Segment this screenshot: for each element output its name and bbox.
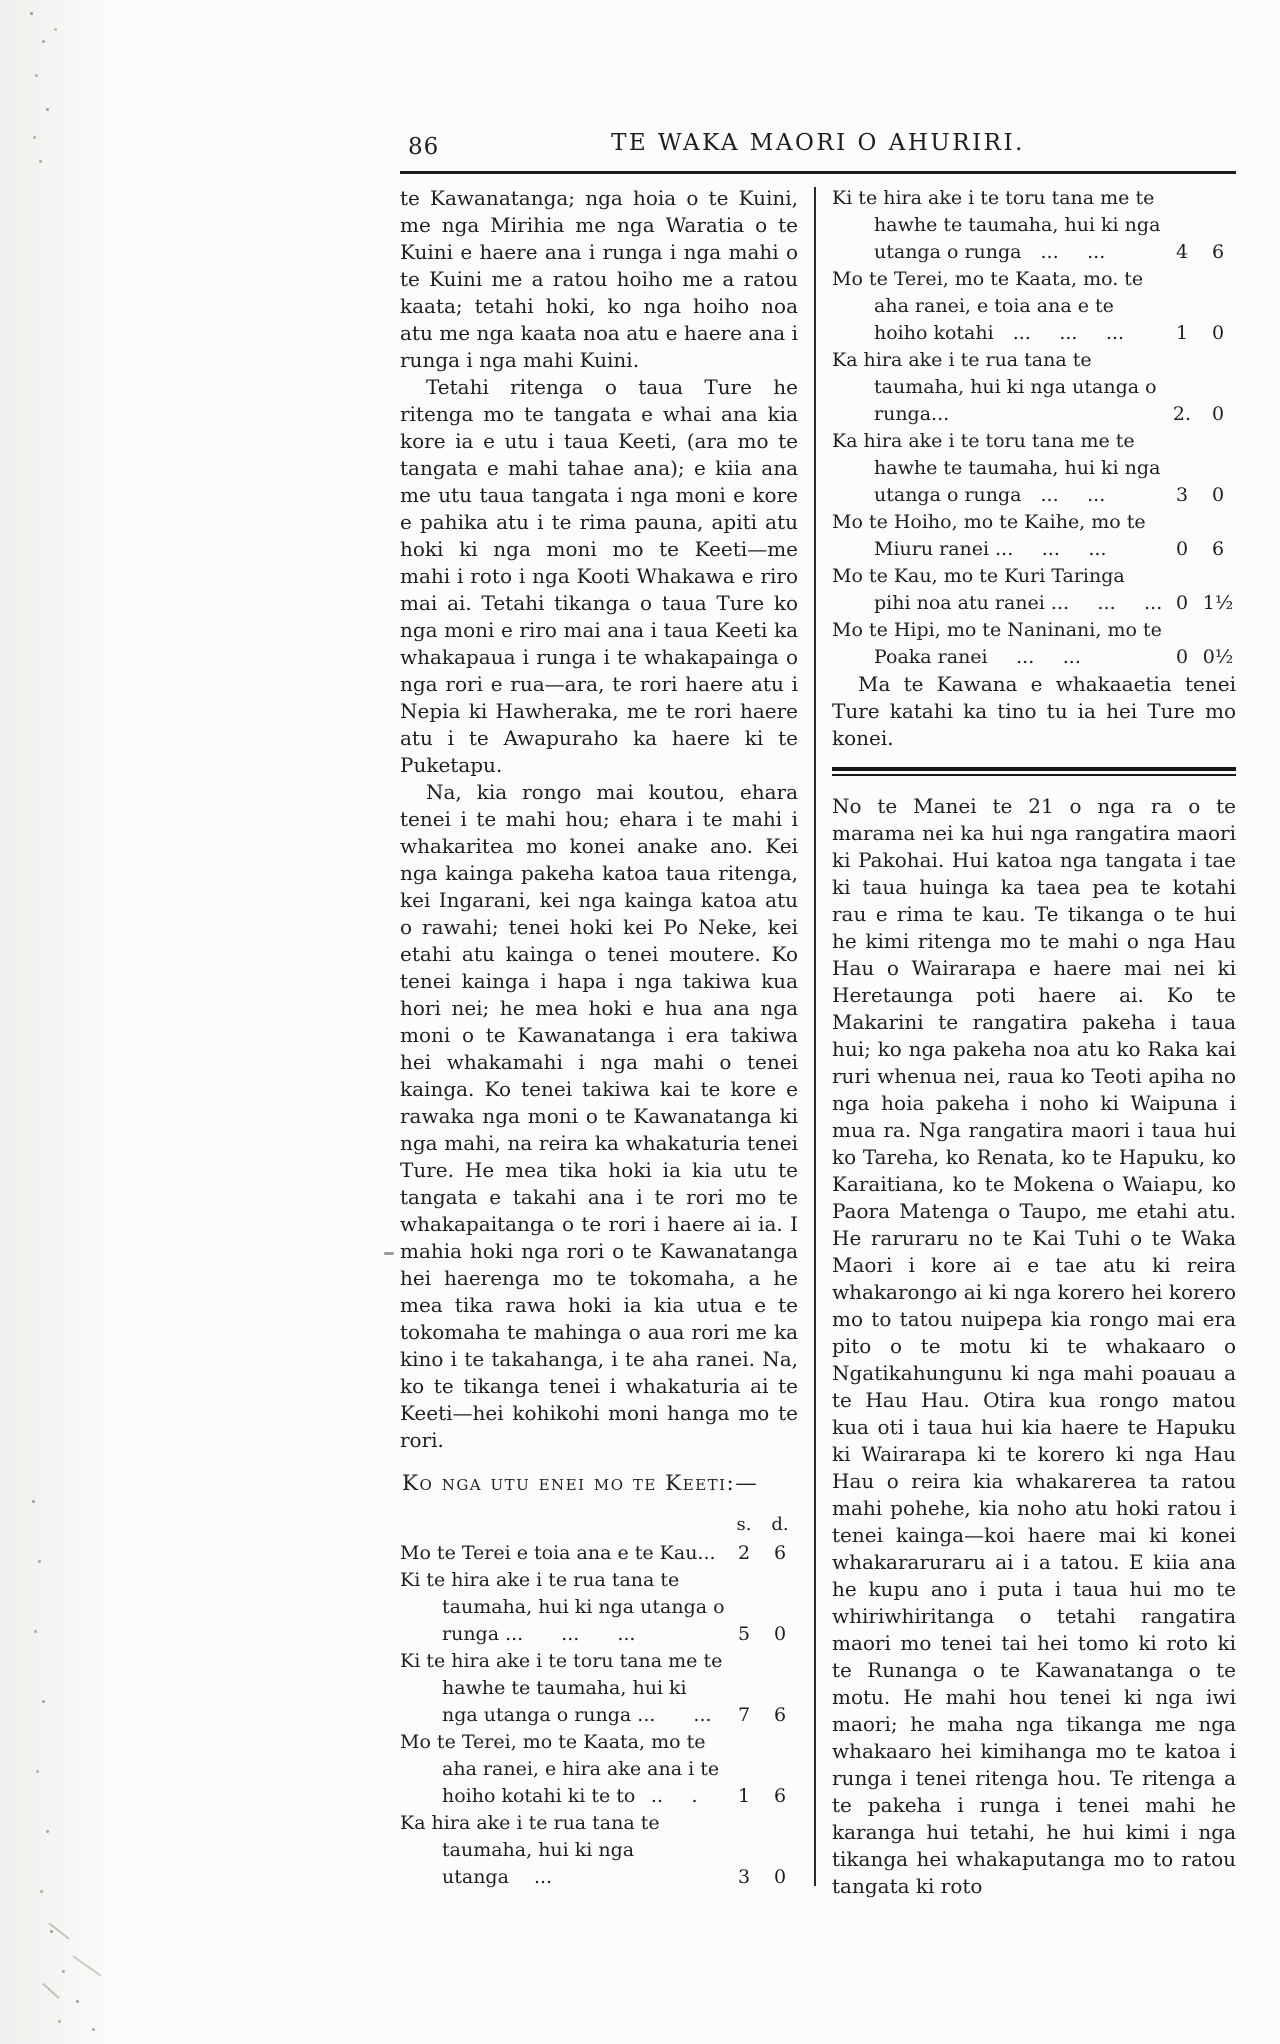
fee-description: Mo te Kau, mo te Kuri Taringa pihi noa a… [832, 563, 1164, 617]
right-column: Ki te hira ake i te toru tana me te hawh… [832, 185, 1236, 1901]
fee-pence-value: 0 [762, 1621, 798, 1648]
fee-pence-value: 6 [762, 1783, 798, 1810]
pencil-mark [42, 1983, 60, 1999]
pencil-mark [73, 1955, 102, 1976]
fee-pence-value: 0 [1200, 401, 1236, 428]
fee-shillings-value: 3 [1164, 482, 1200, 509]
section-divider-thick-line [832, 767, 1236, 772]
fee-description: Ki te hira ake i te toru tana me te hawh… [400, 1648, 726, 1729]
section-divider-thin-line [832, 774, 1236, 776]
fee-shillings-value: 0 [1164, 644, 1200, 671]
fee-pence-value: 6 [762, 1540, 798, 1567]
body-paragraph: te Kawanatanga; nga hoia o te Kuini, me … [400, 185, 798, 374]
section-divider-rule [832, 767, 1236, 777]
fee-table-row: Mo te Terei, mo te Kaata, mo. te aha ran… [832, 266, 1236, 347]
fee-description: Mo te Hoiho, mo te Kaihe, mo te Miuru ra… [832, 509, 1164, 563]
pence-header: d. [762, 1511, 798, 1538]
page-title: TE WAKA MAORI O AHURIRI. [400, 128, 1236, 156]
fee-shillings-value: 1 [726, 1783, 762, 1810]
fee-table-continued: Ki te hira ake i te toru tana me te hawh… [832, 185, 1236, 671]
fee-pence-value: 0 [1200, 482, 1236, 509]
scan-speckle-bottom-left [32, 1500, 35, 1503]
masthead: 86 TE WAKA MAORI O AHURIRI. [400, 128, 1236, 166]
fee-schedule-heading: Ko nga utu enei mo te Keeti:— [402, 1470, 798, 1497]
fee-shillings-value: 2. [1164, 401, 1200, 428]
page-content: 86 TE WAKA MAORI O AHURIRI. te Kawanatan… [400, 128, 1236, 1900]
fee-shillings-value: 1 [1164, 320, 1200, 347]
fee-pence-value: 6 [1200, 536, 1236, 563]
column-layout: te Kawanatanga; nga hoia o te Kuini, me … [400, 185, 1236, 1901]
fee-pence-value: 0 [1200, 320, 1236, 347]
fee-table-row: Ka hira ake i te rua tana te taumaha, hu… [832, 347, 1236, 428]
fee-description: Mo te Terei, mo te Kaata, mo. te aha ran… [832, 266, 1164, 347]
newspaper-page: 86 TE WAKA MAORI O AHURIRI. te Kawanatan… [0, 0, 1280, 2044]
fee-shillings-value: 0 [1164, 590, 1200, 617]
pencil-mark [48, 1922, 70, 1940]
shillings-header: s. [726, 1511, 762, 1538]
fee-table-row: Mo te Terei, mo te Kaata, mo te aha rane… [400, 1729, 798, 1810]
fee-pence-value: 6 [1200, 239, 1236, 266]
fee-pence-value: 6 [762, 1702, 798, 1729]
fee-description: Mo te Hipi, mo te Naninani, mo te Poaka … [832, 617, 1164, 671]
fee-table-row: Mo te Kau, mo te Kuri Taringa pihi noa a… [832, 563, 1236, 617]
fee-table-row: Ki te hira ake i te rua tana te taumaha,… [400, 1567, 798, 1648]
fee-table-row: Ki te hira ake i te toru tana me te hawh… [400, 1648, 798, 1729]
fee-table-row: Mo te Terei e toia ana e te Kau... 2 6 [400, 1540, 798, 1567]
fee-pence-value: 1½ [1200, 590, 1236, 617]
fee-shillings-value: 4 [1164, 239, 1200, 266]
page-number: 86 [408, 134, 439, 160]
fee-description: Mo te Terei e toia ana e te Kau... [400, 1540, 726, 1567]
fee-table: s.d. Mo te Terei e toia ana e te Kau... … [400, 1511, 798, 1891]
fee-shillings-value: 7 [726, 1702, 762, 1729]
meeting-news-paragraph: No te Manei te 21 o nga ra o te marama n… [832, 793, 1236, 1900]
fee-shillings-value: 5 [726, 1621, 762, 1648]
scan-speckle-top-left [30, 12, 33, 15]
fee-table-row: Mo te Hipi, mo te Naninani, mo te Poaka … [832, 617, 1236, 671]
fee-table-row: Mo te Hoiho, mo te Kaihe, mo te Miuru ra… [832, 509, 1236, 563]
fee-pence-value: 0 [762, 1864, 798, 1891]
fee-table-row: Ki te hira ake i te toru tana me te hawh… [832, 185, 1236, 266]
body-paragraph: Tetahi ritenga o taua Ture he ritenga mo… [400, 374, 798, 779]
column-divider [814, 187, 816, 1887]
governor-approval-paragraph: Ma te Kawana e whakaaetia tenei Ture kat… [832, 671, 1236, 752]
fee-description: Ki te hira ake i te rua tana te taumaha,… [400, 1567, 726, 1648]
fee-table-row: Ka hira ake i te toru tana me te hawhe t… [832, 428, 1236, 509]
fee-description: Ka hira ake i te rua tana te taumaha, hu… [832, 347, 1164, 428]
fee-description: Ka hira ake i te rua tana te taumaha, hu… [400, 1810, 726, 1891]
left-column: te Kawanatanga; nga hoia o te Kuini, me … [400, 185, 798, 1901]
fee-shillings-value: 3 [726, 1864, 762, 1891]
fee-shillings-value: 0 [1164, 536, 1200, 563]
fee-shillings-value: 2 [726, 1540, 762, 1567]
margin-dash-mark [384, 1252, 394, 1255]
fee-description: Ki te hira ake i te toru tana me te hawh… [832, 185, 1164, 266]
fee-description: Mo te Terei, mo te Kaata, mo te aha rane… [400, 1729, 726, 1810]
header-rule [400, 171, 1236, 174]
fee-description: Ka hira ake i te toru tana me te hawhe t… [832, 428, 1164, 509]
fee-column-headers: s.d. [400, 1511, 798, 1538]
body-paragraph: Na, kia rongo mai koutou, ehara tenei i … [400, 779, 798, 1454]
fee-pence-value: 0½ [1200, 644, 1236, 671]
fee-table-row: Ka hira ake i te rua tana te taumaha, hu… [400, 1810, 798, 1891]
